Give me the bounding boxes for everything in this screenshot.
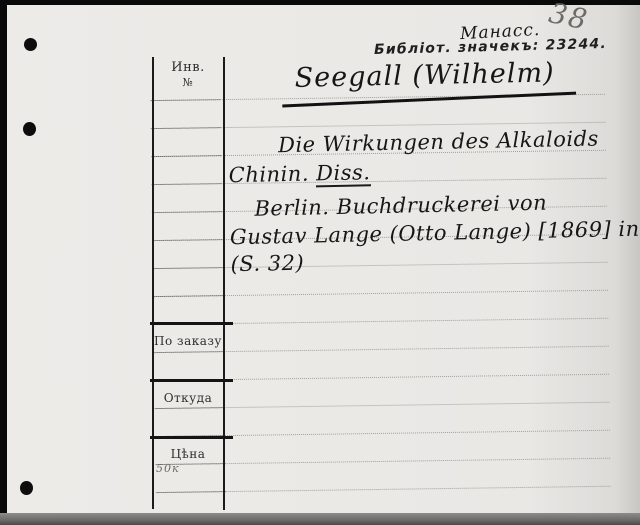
scanned-catalog-card: Инв. № По заказу Откуда Цѣна 50к 38 Мана… — [0, 0, 640, 525]
entry-title-line2: Chinin. Diss. — [228, 160, 370, 187]
entry-imprint-line2: Gustav Lange (Otto Lange) [1869] in 8o — [230, 216, 640, 249]
author-underline — [282, 92, 576, 108]
entry-imprint-line1: Berlin. Buchdruckerei von — [254, 191, 547, 221]
catalog-entry: Seegall (Wilhelm) Die Wirkungen des Alka… — [0, 0, 640, 525]
entry-title-line1: Die Wirkungen des Alkaloids — [278, 126, 599, 157]
entry-title-line2-prefix: Chinin. — [228, 161, 316, 187]
entry-dissertation-note: Diss. — [316, 160, 371, 187]
entry-imprint-line2-text: Gustav Lange (Otto Lange) [1869] in 8 — [230, 216, 640, 249]
entry-pages: (S. 32) — [230, 251, 304, 277]
entry-author: Seegall (Wilhelm) — [294, 57, 555, 93]
